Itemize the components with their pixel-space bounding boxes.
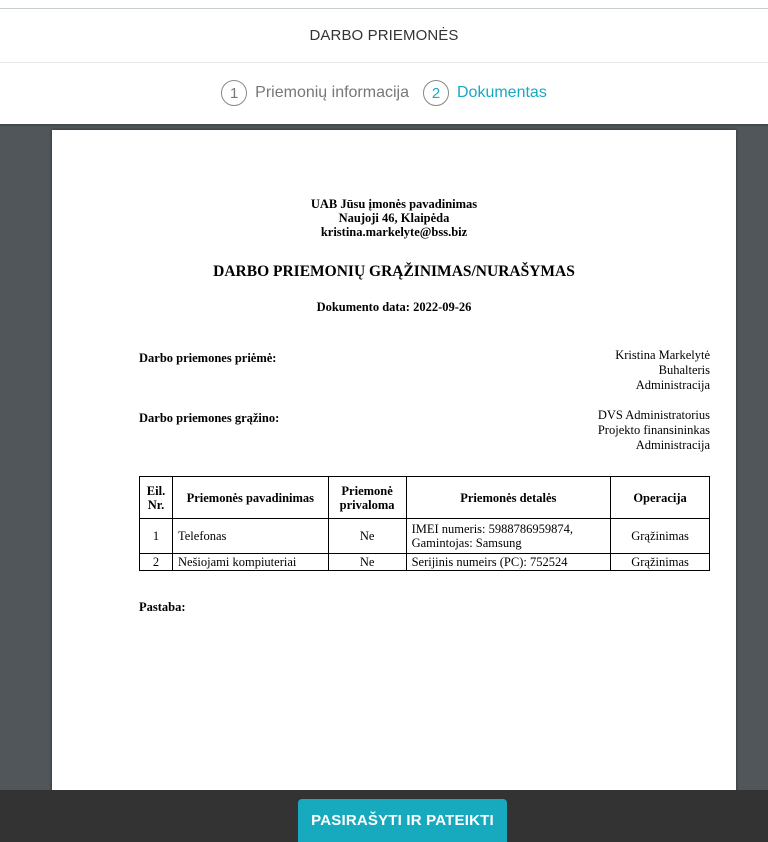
cell-operation: Grąžinimas (611, 519, 710, 554)
returner-name: DVS Administratorius (598, 408, 710, 423)
header-mandatory: Priemonė privaloma (328, 477, 406, 519)
cell-mandatory: Ne (328, 519, 406, 554)
receiver-label: Darbo priemones priėmė: (139, 351, 276, 366)
header-details: Priemonės detalės (406, 477, 611, 519)
returner-department: Administracija (598, 438, 710, 453)
table-header-row: Eil. Nr. Priemonės pavadinimas Priemonė … (140, 477, 710, 519)
page-title-text: DARBO PRIEMONĖS (309, 27, 458, 44)
step-dokumentas[interactable]: 2 Dokumentas (423, 80, 547, 106)
receiver-department: Administracija (615, 378, 710, 393)
items-table: Eil. Nr. Priemonės pavadinimas Priemonė … (139, 476, 710, 571)
returner-label: Darbo priemones grąžino: (139, 411, 279, 426)
cell-details: IMEI numeris: 5988786959874, Gamintojas:… (406, 519, 611, 554)
company-address: Naujoji 46, Klaipėda (52, 211, 736, 225)
step-number-circle: 2 (423, 80, 449, 106)
company-name: UAB Jūsu įmonės pavadinimas (52, 197, 736, 211)
cell-name: Telefonas (172, 519, 328, 554)
document-date: Dokumento data: 2022-09-26 (52, 300, 736, 315)
step-number-circle: 1 (221, 80, 247, 106)
returner-position: Projekto finansininkas (598, 423, 710, 438)
cell-operation: Grąžinimas (611, 554, 710, 571)
receiver-position: Buhalteris (615, 363, 710, 378)
sign-and-submit-button[interactable]: PASIRAŠYTI IR PATEIKTI (298, 799, 507, 842)
note-label: Pastaba: (139, 600, 186, 615)
cell-name: Nešiojami kompiuteriai (172, 554, 328, 571)
stepper: 1 Priemonių informacija 2 Dokumentas (0, 63, 768, 123)
page-title: DARBO PRIEMONĖS (0, 9, 768, 62)
table-row: 2 Nešiojami kompiuteriai Ne Serijinis nu… (140, 554, 710, 571)
header-operation: Operacija (611, 477, 710, 519)
cell-details: Serijinis numeirs (PC): 752524 (406, 554, 611, 571)
company-email: kristina.markelyte@bss.biz (52, 225, 736, 239)
company-block: UAB Jūsu įmonės pavadinimas Naujoji 46, … (52, 197, 736, 239)
header-name: Priemonės pavadinimas (172, 477, 328, 519)
table-row: 1 Telefonas Ne IMEI numeris: 59887869598… (140, 519, 710, 554)
receiver-name: Kristina Markelytė (615, 348, 710, 363)
cell-nr: 1 (140, 519, 173, 554)
step-label: Dokumentas (457, 84, 547, 102)
returner-details: DVS Administratorius Projekto finansinin… (598, 408, 710, 453)
cell-mandatory: Ne (328, 554, 406, 571)
header-nr: Eil. Nr. (140, 477, 173, 519)
footer-bar: PASIRAŠYTI IR PATEIKTI (0, 790, 768, 842)
cell-nr: 2 (140, 554, 173, 571)
document-page: UAB Jūsu įmonės pavadinimas Naujoji 46, … (52, 130, 736, 790)
receiver-details: Kristina Markelytė Buhalteris Administra… (615, 348, 710, 393)
document-title: DARBO PRIEMONIŲ GRĄŽINIMAS/NURAŠYMAS (52, 263, 736, 281)
step-priemoniu-informacija[interactable]: 1 Priemonių informacija (221, 80, 409, 106)
document-viewer[interactable]: UAB Jūsu įmonės pavadinimas Naujoji 46, … (0, 124, 768, 790)
step-label: Priemonių informacija (255, 84, 409, 102)
